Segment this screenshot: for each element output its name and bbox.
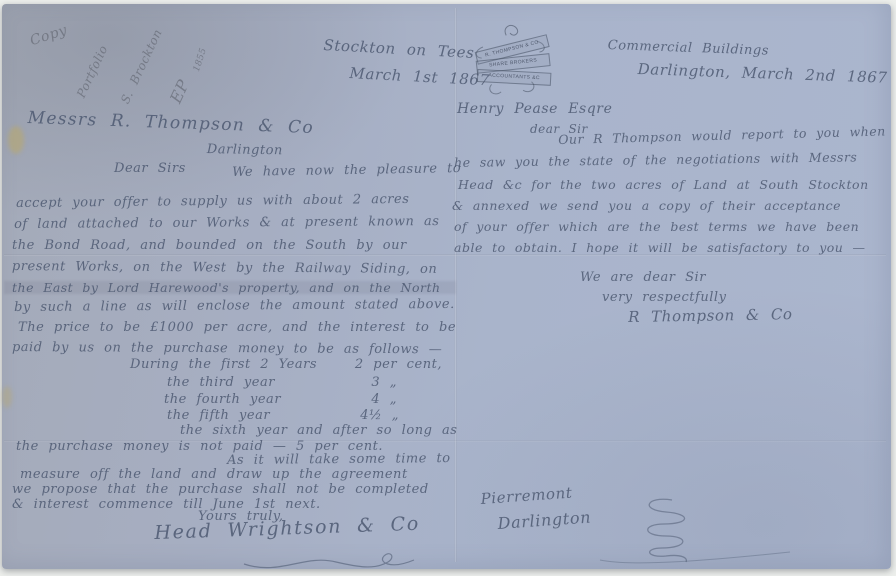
letter-line: the East by Lord Harewood's property, an…: [12, 280, 441, 295]
letter-line: Head &c for the two acres of Land at Sou…: [458, 177, 869, 192]
recipient-line: Messrs R. Thompson & Co: [27, 108, 314, 138]
schedule-row: the fourth year 4 „: [164, 392, 397, 407]
pen-flourish-spiral: [594, 492, 794, 572]
recipient-place: Darlington: [207, 142, 283, 158]
closing-line: We are dear Sir: [580, 270, 706, 285]
pencil-note-copy: Copy: [28, 22, 69, 49]
paper-stain: [2, 386, 12, 408]
signature-flourish: [240, 550, 420, 576]
schedule-row: the fifth year 4½ „: [167, 408, 399, 423]
letter-line: we propose that the purchase shall not b…: [12, 482, 429, 497]
letterhead-building: Commercial Buildings: [607, 38, 769, 59]
letter-line: by such a line as will enclose the amoun…: [14, 297, 455, 315]
closing-line: very respectfully: [602, 290, 726, 305]
schedule-period: the fourth year: [164, 392, 281, 407]
recipient-line: Henry Pease Esqre: [457, 101, 612, 117]
schedule-period: the fifth year: [167, 408, 270, 423]
schedule-period: the third year: [167, 375, 275, 390]
letter-line: paid by us on the purchase money to be a…: [12, 340, 442, 357]
schedule-rate: 3 „: [371, 375, 397, 390]
pencil-note-initials: EP: [166, 76, 193, 106]
schedule-period: During the first 2 Years: [130, 357, 317, 372]
schedule-row: the third year 3 „: [167, 375, 397, 390]
signature-r-thompson: R Thompson & Co: [628, 305, 793, 326]
docket-house: Pierremont: [480, 484, 573, 508]
pencil-note-year: 1855: [192, 47, 209, 73]
letter-line: & annexed we send you a copy of their ac…: [452, 198, 841, 213]
letter-sheet: Copy Portfolio S. Brockton EP 1855 Stock…: [2, 4, 891, 569]
salutation: Dear Sirs: [114, 161, 186, 176]
schedule-rate: 4½ „: [360, 408, 399, 423]
letter-line: We have now the pleasure to: [232, 161, 461, 180]
letter-line: The price to be £1000 per acre, and the …: [18, 320, 456, 335]
pencil-note-portfolio: Portfolio: [74, 43, 110, 100]
docket-town: Darlington: [497, 507, 592, 532]
letter-line: the Bond Road, and bounded on the South …: [12, 238, 407, 253]
dateline-place: Stockton on Tees: [323, 36, 475, 62]
letter-line: Our R Thompson would report to you when: [558, 123, 886, 147]
schedule-row: the sixth year and after so long as: [180, 423, 458, 438]
schedule-row: During the first 2 Years 2 per cent,: [130, 357, 442, 372]
letter-line: of land attached to our Works & at prese…: [14, 214, 439, 232]
letter-line: accept your offer to supply us with abou…: [16, 192, 409, 211]
pencil-note-name: S. Brockton: [118, 27, 165, 106]
embossed-stamp: R. THOMPSON & CO SHARE BROKERS ACCOUNTAN…: [465, 16, 559, 106]
letter-line: As it will take some time to: [227, 451, 451, 468]
schedule-rate: 2 per cent,: [355, 357, 442, 372]
letterhead-place-date: Darlington, March 2nd 1867: [637, 60, 887, 87]
letter-line: of your offer which are the best terms w…: [454, 219, 859, 234]
letter-line: present Works, on the West by the Railwa…: [12, 259, 437, 277]
letter-line: able to obtain. I hope it will be satisf…: [454, 240, 866, 255]
paper-stain: [8, 126, 24, 154]
letter-line: he saw you the state of the negotiations…: [454, 149, 857, 170]
letter-line: measure off the land and draw up the agr…: [20, 467, 408, 482]
signature-head-wrightson: Head Wrightson & Co: [154, 513, 420, 544]
schedule-rate: 4 „: [371, 392, 397, 407]
